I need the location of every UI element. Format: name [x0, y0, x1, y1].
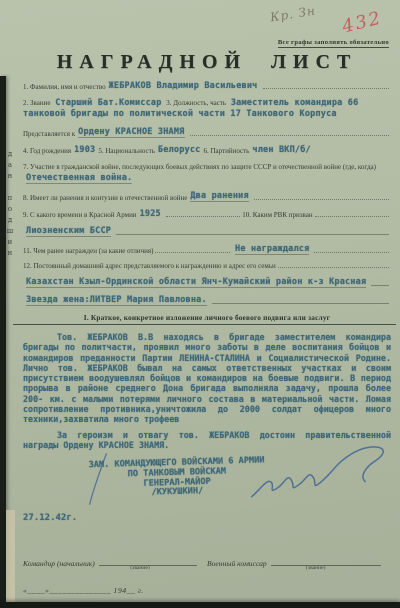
field-wounds: 8. Имеет ли ранения и контузии в отечест…: [23, 191, 391, 202]
document-date: 27.12.42г.: [23, 513, 391, 523]
document-title: НАГРАДНОЙ ЛИСТ: [23, 51, 391, 74]
field-war-value: Отечественная война.: [26, 173, 132, 184]
rule-line: [315, 214, 389, 217]
field-presented: Представляется к Ордену КРАСНОЕ ЗНАМЯ: [23, 127, 391, 138]
rule-line: [371, 283, 389, 286]
commander-rank-sublabel: (звание): [130, 565, 149, 571]
field-rvk-value-row: Лиозненским БССР: [23, 226, 391, 237]
rule-line: [314, 250, 389, 253]
blank-date-line: «____»______________ 194__ г.: [23, 586, 391, 595]
field-address-line1: Казахстан Кзыл-Ординской области Янч-Кум…: [23, 277, 391, 288]
field-service-value: 1925: [140, 209, 161, 219]
form-content: НАГРАДНОЙ ЛИСТ 1. Фамилия, имя и отчеств…: [0, 0, 400, 608]
commissar-label: Военный комиссар: [207, 559, 267, 568]
field-rank-position: 2. Звание Старший Бат.Комиссар 3. Должно…: [23, 98, 391, 120]
field-wounds-label: 8. Имеет ли ранения и контузии в отечест…: [23, 194, 187, 202]
field-address-label: 12. Постоянный домашний адрес представля…: [23, 262, 276, 270]
rule-line: [166, 214, 240, 217]
field-birth-value: 1903: [74, 145, 95, 155]
field-name-value: ЖЕБРАКОВ Владимир Васильевич: [109, 81, 258, 91]
field-position-label: 3. Должность, часть: [166, 99, 226, 107]
field-rank-value: Старший Бат.Комиссар: [55, 98, 161, 108]
feat-description-paragraph-2: За героизм и отвагу тов. ЖЕБРАКОВ достои…: [23, 430, 391, 451]
commissar-signature-line: (звание): [271, 563, 381, 566]
field-previous-awards: 11. Чем ранее награжден (за какие отличи…: [23, 244, 391, 255]
field-party-value: член ВКП/б/: [252, 145, 311, 155]
field-name: 1. Фамилия, имя и отчество ЖЕБРАКОВ Влад…: [23, 81, 391, 91]
field-nationality-value: Белорусс: [158, 145, 201, 155]
commander-signature-field: Командир (начальник) (звание): [23, 559, 207, 568]
field-birth-label: 4. Год рождения: [23, 147, 71, 155]
section1-heading: I. Краткое, конкретное изложение личного…: [23, 313, 391, 322]
field-address: 12. Постоянный домашний адрес представля…: [23, 262, 391, 270]
feat-description-paragraph-1: Тов. ЖЕБРАКОВ В.В находясь в бригаде зам…: [23, 332, 391, 425]
rule-line: [155, 250, 230, 253]
award-sheet-document: Кр. Зн 432 Все графы заполнять обязатель…: [0, 0, 400, 608]
field-previous-awards-label: 11. Чем ранее награжден (за какие отличи…: [23, 247, 153, 255]
field-rvk-label: 10. Каким РВК призван: [242, 211, 312, 219]
commissar-signature-field: Военный комиссар (звание): [207, 559, 391, 568]
field-party-label: 6. Партийность: [203, 147, 249, 155]
rule-line: [190, 133, 389, 136]
field-service-label: 9. С какого времени в Красной Армии: [23, 211, 137, 219]
commander-signature-line: (звание): [99, 563, 197, 566]
field-address-line2: Звезда жена:ЛИТВЕР Мария Павловна.: [23, 295, 391, 306]
field-rank-label: 2. Звание: [23, 99, 50, 107]
field-war-label: 7. Участие в гражданской войне, последую…: [23, 163, 376, 171]
field-rvk-value: Лиозненским БССР: [26, 226, 111, 237]
field-presented-label: Представляется к: [23, 130, 75, 138]
left-margin-handwriting: дан подшин: [6, 150, 14, 410]
commissar-rank-sublabel: (звание): [306, 565, 325, 571]
field-address-value-1: Казахстан Кзыл-Ординской области Янч-Кум…: [26, 277, 366, 288]
rule-line: [212, 301, 389, 304]
field-war-participation: 7. Участие в гражданской войне, последую…: [23, 162, 391, 184]
field-name-label: 1. Фамилия, имя и отчество: [23, 83, 106, 91]
field-previous-awards-value: Не награждался: [235, 244, 309, 255]
rule-line: [254, 197, 389, 200]
rule-line: [263, 86, 390, 89]
field-wounds-value: Два ранения: [190, 191, 249, 202]
footer-signatures: Командир (начальник) (звание) Военный ко…: [23, 559, 391, 568]
signing-officer-block: ЗАМ. КОМАНДУЮЩЕГО ВОЙСКАМИ 6 АРМИИ ПО ТА…: [23, 453, 392, 502]
scan-edge-bottom: [0, 602, 400, 608]
rule-line: [278, 265, 389, 268]
field-address-value-2: Звезда жена:ЛИТВЕР Мария Павловна.: [26, 295, 207, 306]
field-service-since: 9. С какого времени в Красной Армии 1925…: [23, 209, 391, 219]
rule-line: [116, 232, 389, 235]
field-presented-value: Ордену КРАСНОЕ ЗНАМЯ: [78, 127, 184, 138]
field-nationality-label: 5. Национальность: [98, 147, 155, 155]
field-birth-nationality-party: 4. Год рождения 1903 5. Национальность Б…: [23, 145, 391, 155]
commander-label: Командир (начальник): [23, 559, 95, 568]
scan-edge-corner: [6, 510, 15, 602]
section1-rule: [13, 324, 396, 325]
